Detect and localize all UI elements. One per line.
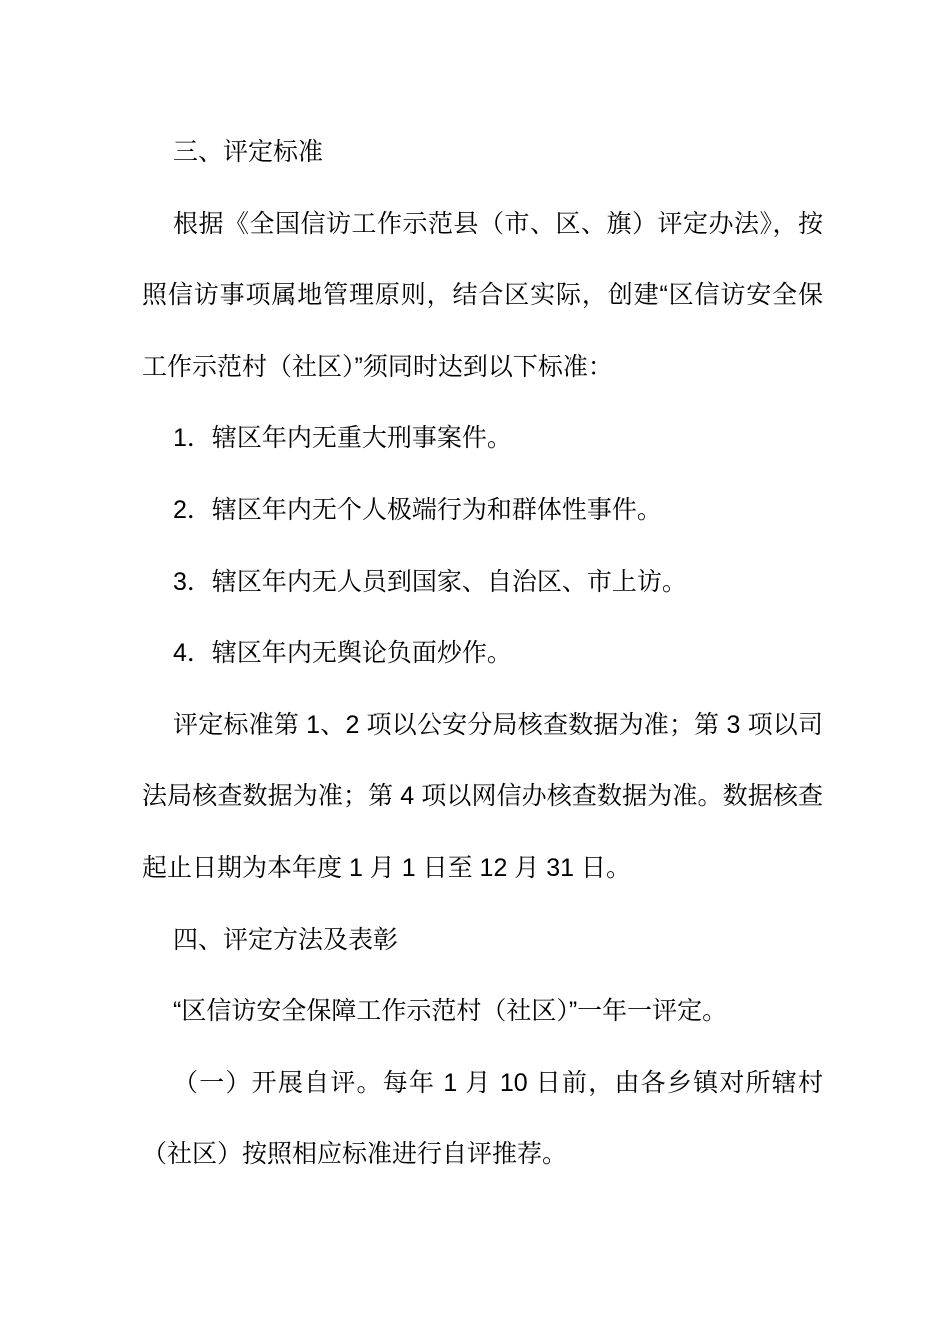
document-page: 三、评定标准 根据《全国信访工作示范县（市、区、旗）评定办法》，按 照信访事项属… bbox=[0, 0, 950, 1344]
text-line: 根据《全国信访工作示范县（市、区、旗）评定办法》，按 bbox=[142, 189, 823, 261]
list-item: 2．辖区年内无个人极端行为和群体性事件。 bbox=[142, 475, 823, 547]
text-line: 评定标准第 1、2 项以公安分局核查数据为准；第 3 项以司 bbox=[142, 690, 823, 762]
text-line: （社区）按照相应标准进行自评推荐。 bbox=[142, 1119, 823, 1191]
text-line: 起止日期为本年度 1 月 1 日至 12 月 31 日。 bbox=[142, 833, 823, 905]
text-line: 照信访事项属地管理原则，结合区实际，创建“区信访安全保障 bbox=[142, 260, 823, 332]
list-item: 4．辖区年内无舆论负面炒作。 bbox=[142, 618, 823, 690]
section-heading: 三、评定标准 bbox=[142, 117, 823, 189]
list-item: 3．辖区年内无人员到国家、自治区、市上访。 bbox=[142, 547, 823, 619]
text-line: “区信访安全保障工作示范村（社区）”一年一评定。 bbox=[142, 976, 823, 1048]
list-item: 1．辖区年内无重大刑事案件。 bbox=[142, 403, 823, 475]
document-text-block: 三、评定标准 根据《全国信访工作示范县（市、区、旗）评定办法》，按 照信访事项属… bbox=[142, 117, 823, 1191]
text-line: （一）开展自评。每年 1 月 10 日前，由各乡镇对所辖村 bbox=[142, 1048, 823, 1120]
section-heading: 四、评定方法及表彰 bbox=[142, 905, 823, 977]
text-line: 法局核查数据为准；第 4 项以网信办核查数据为准。数据核查 bbox=[142, 761, 823, 833]
text-line: 工作示范村（社区）”须同时达到以下标准： bbox=[142, 332, 823, 404]
